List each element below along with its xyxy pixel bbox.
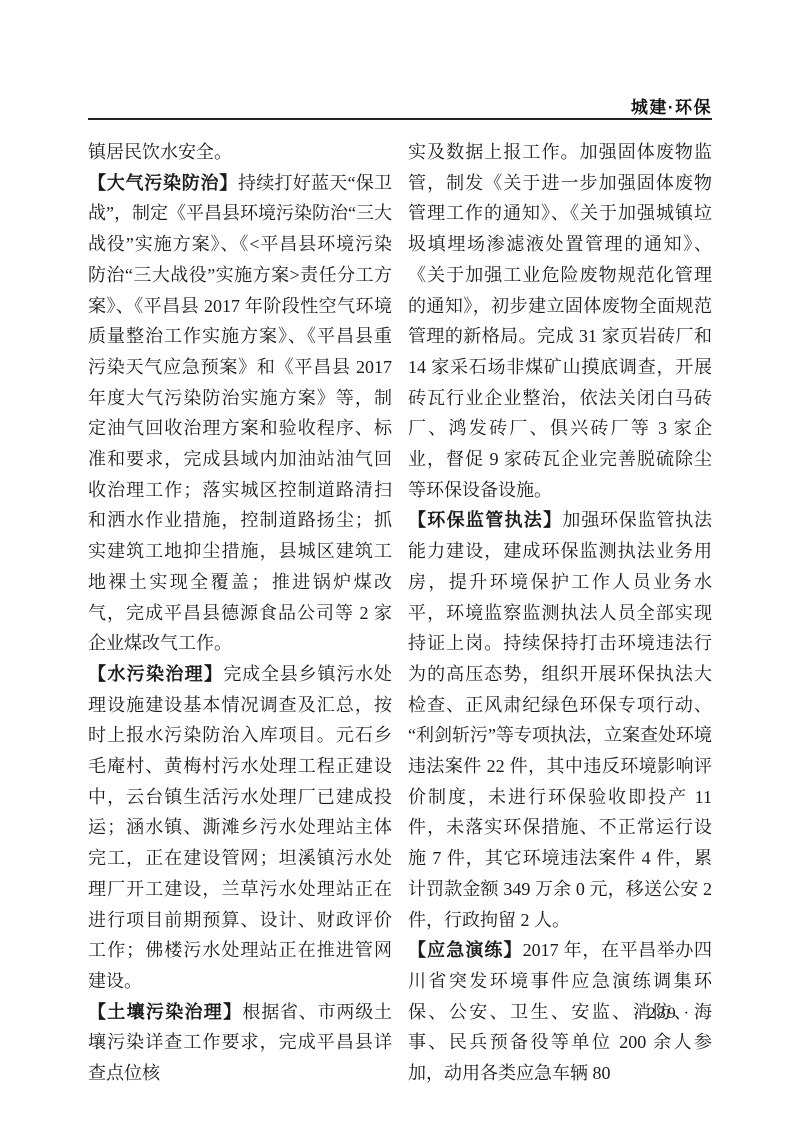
entry-text: 实及数据上报工作。加强固体废物监管，制发《关于进一步加强固体废物管理工作的通知》… [408, 142, 712, 500]
paragraph-water-pollution: 【水污染治理】完成全县乡镇污水处理设施建设基本情况调查及汇总，按时上报水污染防治… [88, 659, 392, 997]
entry-text: 持续打好蓝天“保卫战”，制定《平昌县环境污染防治“三大战役”实施方案》、《<平昌… [88, 173, 392, 654]
text-columns: 镇居民饮水安全。 【大气污染防治】持续打好蓝天“保卫战”，制定《平昌县环境污染防… [88, 137, 712, 1089]
entry-text: 加强环保监管执法能力建设，建成环保监测执法业务用房，提升环境保护工作人员业务水平… [408, 510, 712, 929]
entry-title: 【大气污染防治】 [88, 173, 238, 193]
entry-title: 【应急演练】 [408, 940, 523, 960]
paragraph-continuation: 镇居民饮水安全。 [88, 137, 392, 168]
entry-title: 【水污染治理】 [88, 664, 223, 684]
entry-title: 【土壤污染治理】 [88, 1002, 242, 1022]
right-column: 实及数据上报工作。加强固体废物监管，制发《关于进一步加强固体废物管理工作的通知》… [408, 137, 712, 1089]
page-number: · 239 · [634, 1005, 691, 1023]
document-page: 城建·环保 镇居民饮水安全。 【大气污染防治】持续打好蓝天“保卫战”，制定《平昌… [0, 0, 793, 1122]
header-rule [88, 118, 712, 120]
entry-text: 完成全县乡镇污水处理设施建设基本情况调查及汇总，按时上报水污染防治入库项目。元石… [88, 664, 392, 991]
header-section-label: 城建·环保 [631, 93, 712, 118]
paragraph-air-pollution: 【大气污染防治】持续打好蓝天“保卫战”，制定《平昌县环境污染防治“三大战役”实施… [88, 168, 392, 659]
paragraph-soil-pollution: 【土壤污染治理】根据省、市两级土壤污染详查工作要求，完成平昌县详查点位核 [88, 997, 392, 1089]
paragraph-continuation: 实及数据上报工作。加强固体废物监管，制发《关于进一步加强固体废物管理工作的通知》… [408, 137, 712, 505]
entry-title: 【环保监管执法】 [408, 510, 562, 530]
entry-text: 镇居民饮水安全。 [88, 142, 232, 162]
left-column: 镇居民饮水安全。 【大气污染防治】持续打好蓝天“保卫战”，制定《平昌县环境污染防… [88, 137, 392, 1089]
paragraph-enforcement: 【环保监管执法】加强环保监管执法能力建设，建成环保监测执法业务用房，提升环境保护… [408, 505, 712, 935]
